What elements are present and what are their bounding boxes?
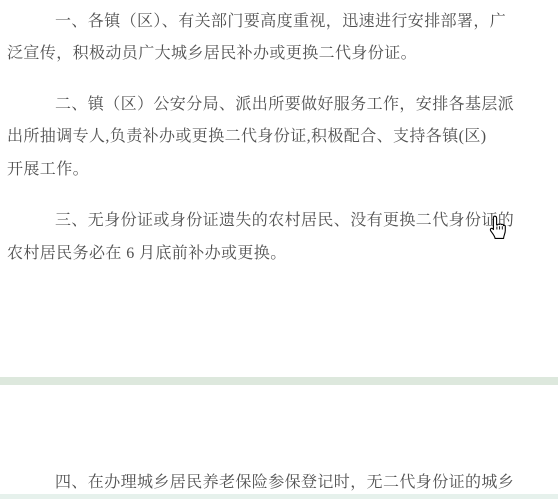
paragraph-3-line-1[interactable]: 三、无身份证或身份证遗失的农村居民、没有更换二代身份证的 xyxy=(7,211,514,231)
paragraph-4-line-1[interactable]: 四、在办理城乡居民养老保险参保登记时，无二代身份证的城乡 xyxy=(7,473,514,493)
paragraph-2-line-3[interactable]: 开展工作。 xyxy=(7,160,89,180)
bottom-page-gap-band xyxy=(0,494,558,499)
paragraph-1-line-1[interactable]: 一、各镇（区）、有关部门要高度重视，迅速进行安排部署，广 xyxy=(7,12,506,32)
paragraph-1-line-2[interactable]: 泛宣传，积极动员广大城乡居民补办或更换二代身份证。 xyxy=(7,44,417,64)
paragraph-2-line-1[interactable]: 二、镇（区）公安分局、派出所要做好服务工作，安排各基层派 xyxy=(7,95,514,115)
document-viewport: 一、各镇（区）、有关部门要高度重视，迅速进行安排部署，广 泛宣传，积极动员广大城… xyxy=(0,0,558,499)
paragraph-2-line-2[interactable]: 出所抽调专人,负责补办或更换二代身份证,积极配合、支持各镇(区) xyxy=(7,127,486,147)
page-gap-band xyxy=(0,377,558,385)
paragraph-3-line-2[interactable]: 农村居民务必在 6 月底前补办或更换。 xyxy=(7,244,287,264)
